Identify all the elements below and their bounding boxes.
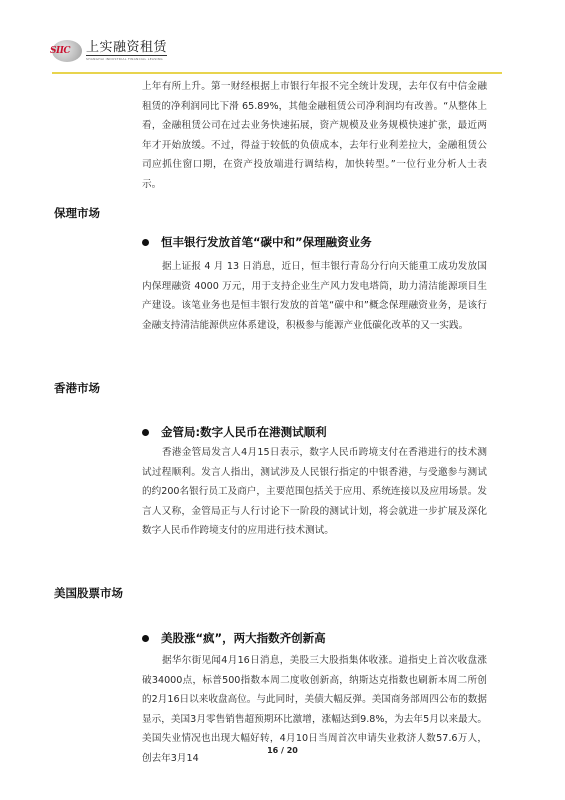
section-title-us-stocks: 美国股票市场 xyxy=(54,585,123,601)
company-name-cn: 上实融资租赁 xyxy=(86,41,167,56)
headline-factoring: 恒丰银行发放首笔“碳中和”保理融资业务 xyxy=(142,234,372,250)
headline-text: 恒丰银行发放首笔“碳中和”保理融资业务 xyxy=(161,234,372,250)
paragraph-hongkong: 香港金管局发言人4月15日表示，数字人民币跨境支付在香港进行的技术测试过程顺利。… xyxy=(142,443,487,541)
company-logo-icon: SIIC xyxy=(52,40,82,62)
headline-text: 美股涨“疯”，两大指数齐创新高 xyxy=(161,630,326,646)
bullet-icon xyxy=(142,239,149,246)
section-title-hongkong: 香港市场 xyxy=(54,380,100,396)
headline-hongkong: 金管局:数字人民币在港测试顺利 xyxy=(142,424,327,440)
paragraph-factoring: 据上证报 4 月 13 日消息，近日，恒丰银行青岛分行向天能重工成功发放国内保理… xyxy=(142,257,487,335)
document-header: SIIC 上实融资租赁 SHANGHAI INDUSTRIAL FINANCIA… xyxy=(52,38,167,64)
page-number: 16 / 20 xyxy=(0,746,565,755)
logo-mark-text: SIIC xyxy=(50,46,70,56)
intro-paragraph: 上年有所上升。第一财经根据上市银行年报不完全统计发现，去年仅有中信金融租赁的净利… xyxy=(142,77,487,194)
company-name-en: SHANGHAI INDUSTRIAL FINANCIAL LEASING xyxy=(86,58,167,61)
headline-text: 金管局:数字人民币在港测试顺利 xyxy=(161,424,327,440)
header-divider xyxy=(52,72,502,74)
bullet-icon xyxy=(142,429,149,436)
section-title-factoring: 保理市场 xyxy=(54,205,100,221)
bullet-icon xyxy=(142,635,149,642)
company-name: 上实融资租赁 SHANGHAI INDUSTRIAL FINANCIAL LEA… xyxy=(86,41,167,61)
headline-us-stocks: 美股涨“疯”，两大指数齐创新高 xyxy=(142,630,326,646)
